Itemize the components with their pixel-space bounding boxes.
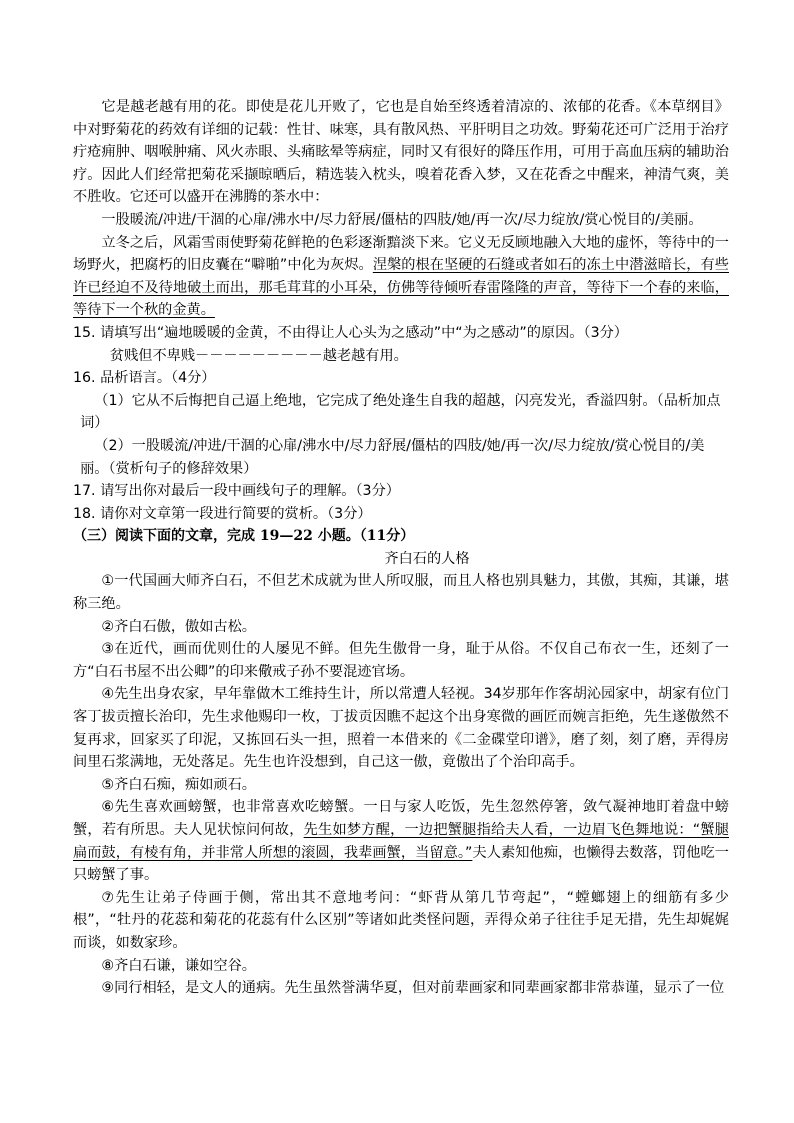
article-paragraph-1: ①一代国画大师齐白石，不但艺术成就为世人所叹服，而且人格也别具魅力，其傲，其痴，… (73, 570, 729, 615)
question-15-answer: 贫贱但不卑贱－－－－－－－－－越老越有用。 (73, 345, 729, 368)
article-paragraph-9: ⑨同行相轻，是文人的通病。先生虽然誉满华夏，但对前辈画家和同辈画家都非常恭谨，显… (73, 977, 729, 1000)
paragraph-chrysanthemum-uses: 它是越老越有用的花。即使是花儿开败了，它也是自始至终透着清凉的、浓郁的花香。《本… (73, 96, 729, 209)
article-paragraph-4: ④先生出身农家，早年靠做木工维持生计，所以常遭人轻视。34岁那年作客胡沁园家中，… (73, 683, 729, 773)
paragraph-poem-line: 一股暖流/冲进/干涸的心扉/沸水中/尽力舒展/僵枯的四肢/她/再一次/尽力绽放/… (73, 209, 729, 232)
paragraph-last: 立冬之后，风霜雪雨使野菊花鲜艳的色彩逐渐黯淡下来。它义无反顾地融入大地的虚怀，等… (73, 232, 729, 322)
question-18: 18. 请你对文章第一段进行简要的赏析。（3分） (73, 503, 729, 526)
question-15: 15. 请填写出“遍地暖暖的金黄，不由得让人心头为之感动”中“为之感动”的原因。… (73, 322, 729, 345)
document-page: 它是越老越有用的花。即使是花儿开败了，它也是自始至终透着清凉的、浓郁的花香。《本… (73, 96, 729, 1000)
article-paragraph-8: ⑧齐白石谦，谦如空谷。 (73, 955, 729, 978)
section-3-heading: （三）阅读下面的文章，完成 19—22 小题。（11分） (73, 525, 729, 548)
article-paragraph-7: ⑦先生让弟子侍画于侧，常出其不意地考问：“虾背从第几节弯起”，“螳螂翅上的细筋有… (73, 887, 729, 955)
article-paragraph-5: ⑤齐白石痴，痴如顽石。 (73, 774, 729, 797)
article-paragraph-6: ⑥先生喜欢画螃蟹，也非常喜欢吃螃蟹。一日与家人吃饭，先生忽然停箸，敛气凝神地盯着… (73, 796, 729, 886)
article-title: 齐白石的人格 (73, 548, 729, 571)
question-16-part-1: （1）它从不后悔把自己逼上绝地，它完成了绝处逢生自我的超越，闪亮发光，香溢四射。… (73, 390, 729, 435)
question-17: 17. 请写出你对最后一段中画线句子的理解。（3分） (73, 480, 729, 503)
article-paragraph-3: ③在近代，画而优则仕的人屡见不鲜。但先生傲骨一身，耻于从俗。不仅自己布衣一生，还… (73, 638, 729, 683)
question-16: 16. 品析语言。（4分） (73, 367, 729, 390)
article-paragraph-2: ②齐白石傲，傲如古松。 (73, 616, 729, 639)
question-16-part-2: （2）一股暖流/冲进/干涸的心扉/沸水中/尽力舒展/僵枯的四肢/她/再一次/尽力… (73, 435, 729, 480)
